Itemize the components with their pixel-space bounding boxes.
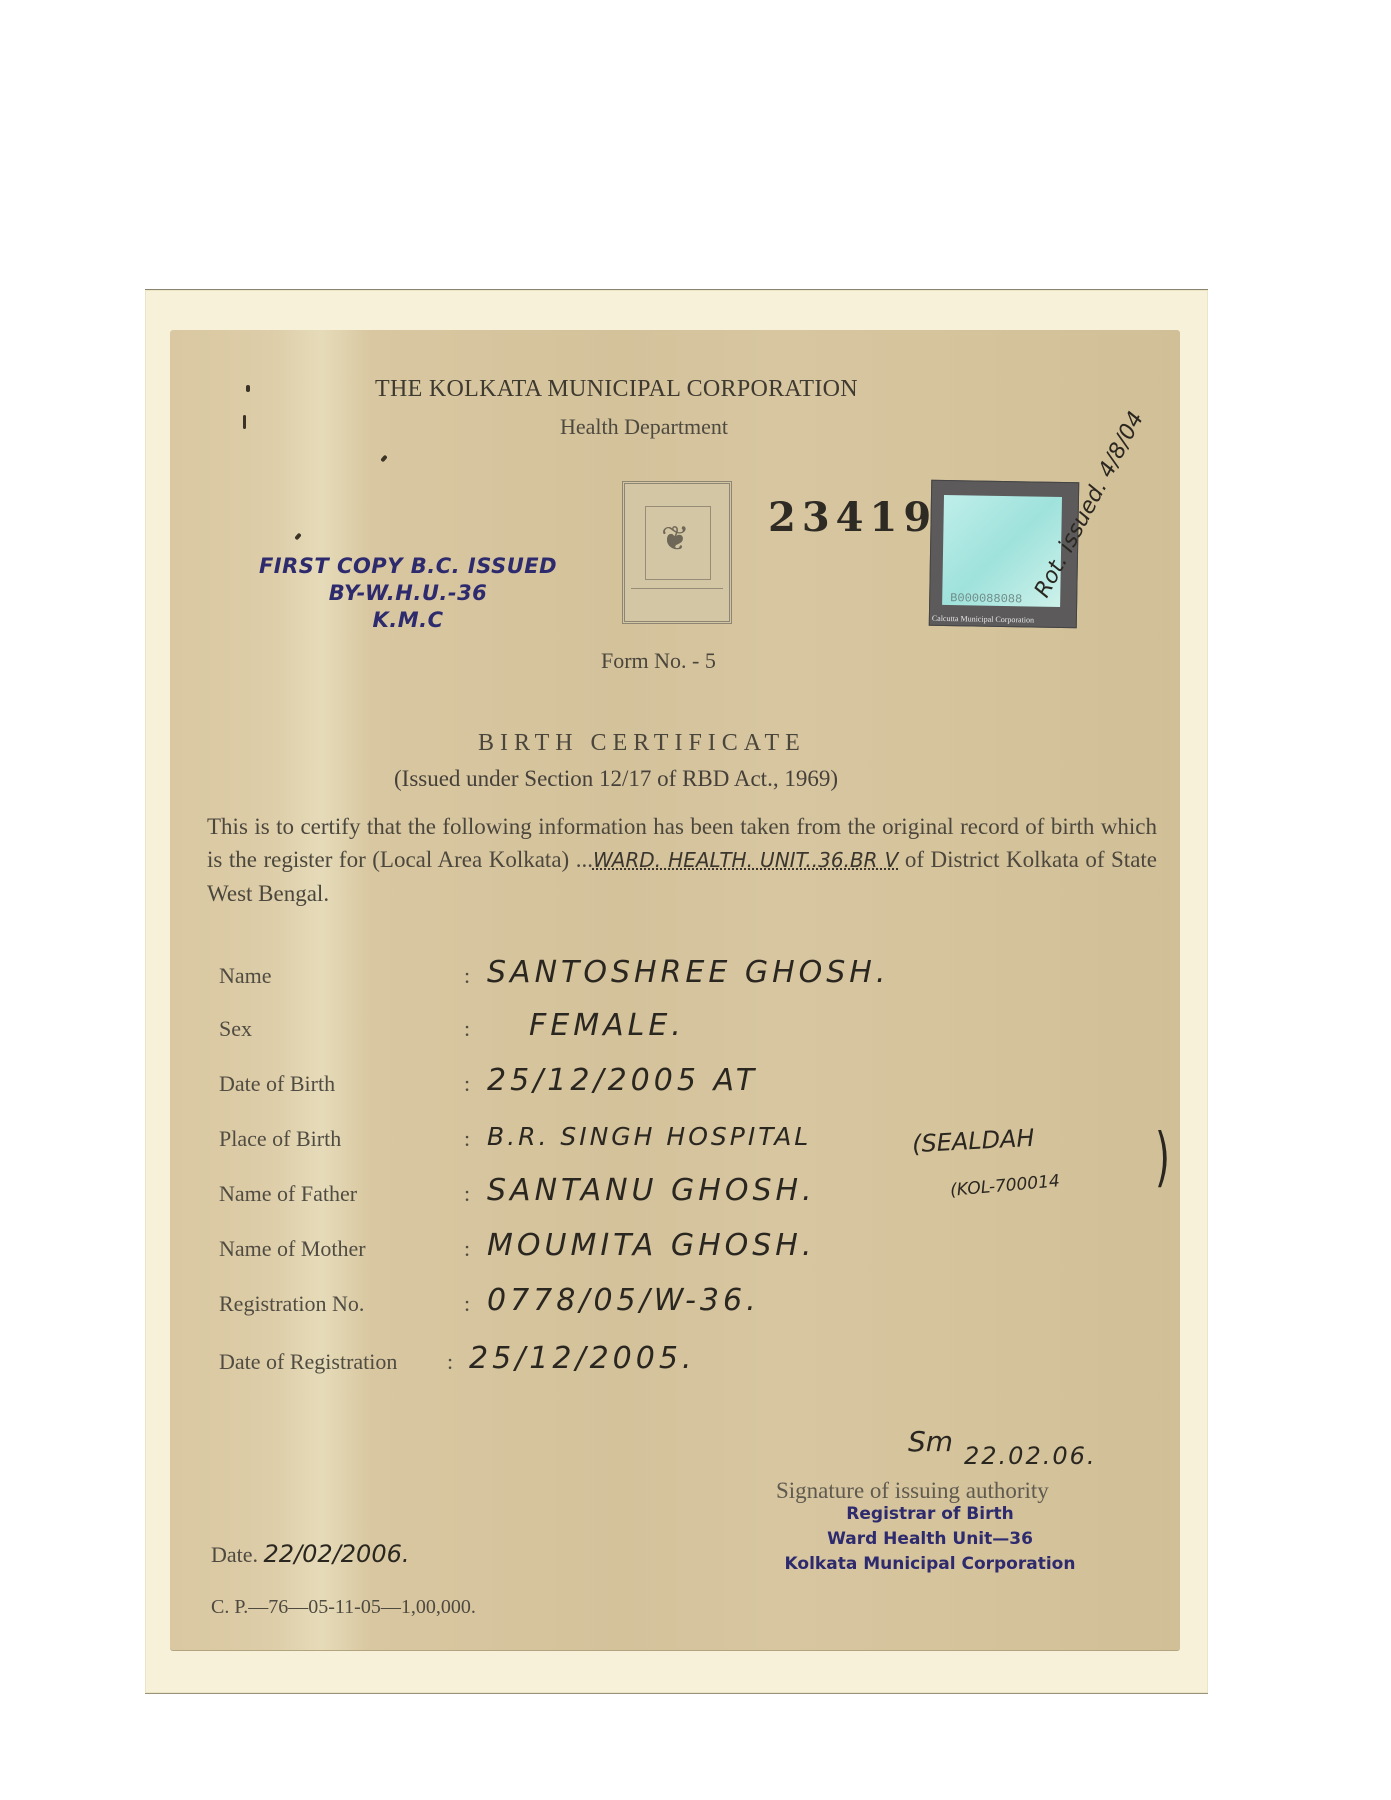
- stamp-line: K.M.C: [228, 607, 588, 634]
- field-label: Date of Registration: [219, 1349, 397, 1375]
- field-label: Registration No.: [219, 1291, 364, 1317]
- field-value: FEMALE.: [529, 1008, 685, 1043]
- field-label: Sex: [219, 1016, 252, 1042]
- field-label: Name: [219, 963, 272, 989]
- hologram-band-text: Calcutta Municipal Corporation: [932, 614, 1034, 625]
- signature-date: 22.02.06.: [964, 1442, 1097, 1470]
- department-name: Health Department: [560, 414, 728, 440]
- form-number: Form No. - 5: [601, 648, 716, 674]
- first-copy-stamp: FIRST COPY B.C. ISSUED BY-W.H.U.-36 K.M.…: [228, 553, 588, 634]
- stamp-line: BY-W.H.U.-36: [228, 580, 588, 607]
- field-colon: :: [464, 1236, 470, 1262]
- emblem-base: [631, 588, 723, 615]
- stamp-line: FIRST COPY B.C. ISSUED: [228, 553, 588, 580]
- field-value: 0778/05/W-36.: [487, 1283, 760, 1318]
- field-label: Date of Birth: [219, 1071, 335, 1097]
- registrar-stamp: Registrar of Birth Ward Health Unit—36 K…: [740, 1502, 1120, 1577]
- field-colon: :: [464, 1071, 470, 1097]
- field-value: B.R. SINGH HOSPITAL: [487, 1122, 811, 1151]
- kmc-emblem-icon: ❦: [622, 481, 732, 624]
- field-value: 25/12/2005 AT: [487, 1063, 758, 1098]
- field-value: 25/12/2005.: [469, 1341, 695, 1376]
- field-colon: :: [464, 1126, 470, 1152]
- signature-label: Signature of issuing authority: [776, 1478, 1049, 1504]
- serial-number: 23419: [768, 494, 937, 541]
- field-value: SANTANU GHOSH.: [487, 1173, 816, 1208]
- field-label: Name of Mother: [219, 1236, 366, 1262]
- hologram-code: B000088088: [950, 591, 1022, 606]
- emblem-crest-icon: ❦: [661, 519, 690, 559]
- field-value: SANTOSHREE GHOSH.: [487, 955, 889, 990]
- local-area-fill: WARD. HEALTH. UNIT..36.BR V: [593, 848, 898, 872]
- field-label: Place of Birth: [219, 1126, 341, 1152]
- field-colon: :: [447, 1349, 453, 1375]
- field-colon: :: [464, 963, 470, 989]
- organization-name: THE KOLKATA MUNICIPAL CORPORATION: [375, 376, 858, 403]
- print-code: C. P.—76—05-11-05—1,00,000.: [211, 1596, 476, 1619]
- issue-date-label: Date.: [211, 1542, 258, 1567]
- signature-initials: Sm: [908, 1425, 953, 1458]
- field-value: MOUMITA GHOSH.: [487, 1228, 815, 1263]
- issue-date-value: 22/02/2006.: [264, 1540, 410, 1568]
- ink-speck: [246, 385, 250, 392]
- field-colon: :: [464, 1291, 470, 1317]
- field-colon: :: [464, 1181, 470, 1207]
- certificate-subtitle: (Issued under Section 12/17 of RBD Act.,…: [394, 766, 838, 792]
- closing-bracket: ): [1155, 1121, 1170, 1195]
- ink-speck: [243, 415, 246, 429]
- stamp-line: Kolkata Municipal Corporation: [740, 1552, 1120, 1577]
- stamp-line: Registrar of Birth: [740, 1502, 1120, 1527]
- field-label: Name of Father: [219, 1181, 357, 1207]
- field-colon: :: [464, 1016, 470, 1042]
- certificate-title: BIRTH CERTIFICATE: [478, 730, 806, 757]
- issue-date: Date. 22/02/2006.: [211, 1540, 410, 1568]
- certification-paragraph: This is to certify that the following in…: [207, 810, 1157, 910]
- stamp-line: Ward Health Unit—36: [740, 1527, 1120, 1552]
